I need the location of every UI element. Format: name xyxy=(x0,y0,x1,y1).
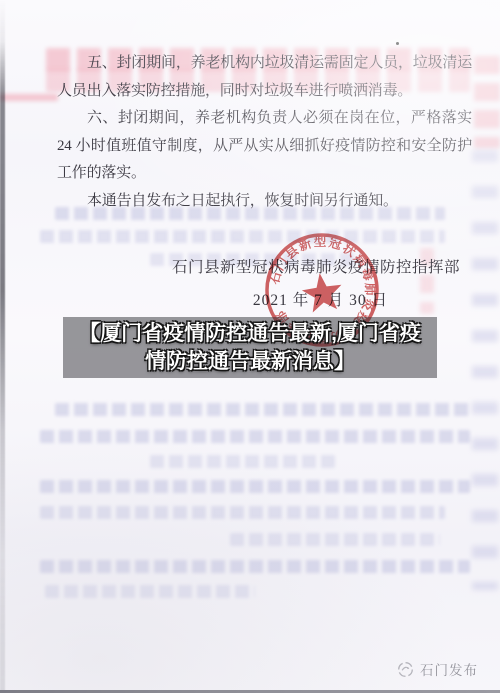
bleedthrough-line xyxy=(55,403,470,416)
bleedthrough-edge-column xyxy=(472,150,498,590)
bleedthrough-red-dash xyxy=(0,94,58,101)
notice-paragraph: 本通告自发布之日起执行，恢复时间另行通知。 xyxy=(57,188,472,216)
notice-body: 五、封闭期间，养老机构内垃圾清运需固定人员，垃圾清运人员出入落实防控措施，同时对… xyxy=(57,50,472,215)
issue-date: 2021 年 7 月 30 日 xyxy=(253,288,388,310)
ink-dot xyxy=(396,42,399,45)
bleedthrough-red-edge xyxy=(474,56,500,148)
shimen-fabu-logo-icon xyxy=(397,661,414,678)
overlay-title-bar: 【厦门省疫情防控通告最新,厦门省疫 情防控通告最新消息】 xyxy=(63,317,437,378)
notice-paragraph: 六、封闭期间，养老机构负责人必须在岗在位，严格落实 24 小时值班值守制度，从严… xyxy=(57,105,472,188)
bleedthrough-line xyxy=(150,455,335,468)
bleedthrough-line xyxy=(40,430,470,443)
notice-paragraph: 五、封闭期间，养老机构内垃圾清运需固定人员，垃圾清运人员出入落实防控措施，同时对… xyxy=(57,50,472,105)
photo-left-edge xyxy=(0,0,5,693)
watermark: 石门发布 xyxy=(397,659,478,679)
bleedthrough-line xyxy=(45,585,255,598)
issuing-authority: 石门县新型冠状病毒肺炎疫情防控指挥部 xyxy=(172,255,460,277)
watermark-label: 石门发布 xyxy=(420,659,478,679)
overlay-title-line: 【厦门省疫情防控通告最新,厦门省疫 xyxy=(79,320,421,348)
overlay-title-line: 情防控通告最新消息】 xyxy=(145,348,355,376)
bleedthrough-line xyxy=(40,480,470,493)
bleedthrough-line xyxy=(230,533,440,546)
bleedthrough-line xyxy=(40,230,445,243)
photo-of-notice-document: 五、封闭期间，养老机构内垃圾清运需固定人员，垃圾清运人员出入落实防控措施，同时对… xyxy=(0,0,500,693)
bleedthrough-line xyxy=(40,506,445,519)
bleedthrough-line xyxy=(40,560,470,573)
